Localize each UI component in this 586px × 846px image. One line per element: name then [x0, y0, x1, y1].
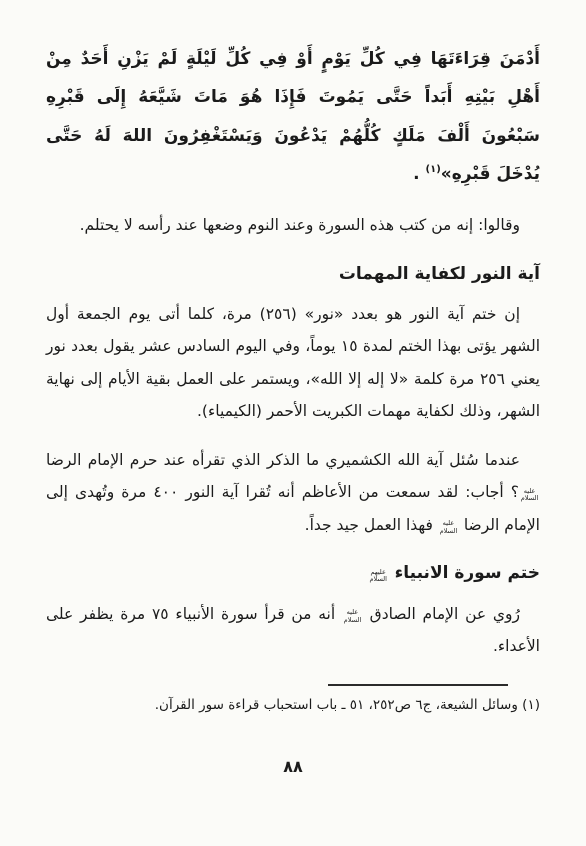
- alayhis-salam-seal: عليه السلام: [519, 488, 540, 503]
- quote-end-period: .: [413, 164, 425, 184]
- hadith-quote-text: أَدْمَنَ قِرَاءَتَهَا فِي كُلِّ يَوْمٍ أ…: [46, 49, 540, 184]
- kashmiri-text-1: عندما سُئل آية الله الكشميري ما الذكر ال…: [46, 451, 520, 469]
- heading-ayat-al-nur: آية النور لكفاية المهمات: [46, 264, 540, 284]
- page-content: أَدْمَنَ قِرَاءَتَهَا فِي كُلِّ يَوْمٍ أ…: [0, 0, 586, 663]
- footnote-area: (١) وسائل الشيعة، ج٦ ص٢٥٢، ٥١ ـ باب استح…: [46, 684, 540, 719]
- paragraph-ayat-al-nur: إن ختم آية النور هو بعدد «نور» (٢٥٦) مرة…: [46, 298, 540, 428]
- sadiq-text-1: رُوي عن الإمام الصادق: [363, 605, 520, 623]
- heading-khatm-surat-al-anbiya: ختم سورة الانبياء عليهم السلام: [46, 563, 540, 583]
- kashmiri-text-2: ؟ أجاب: لقد سمعت من الأعاظم أنه تُقرا آي…: [46, 483, 540, 534]
- page-number: ٨٨: [0, 757, 586, 776]
- footnote-reference-marker: (١): [426, 164, 441, 175]
- footnote-text: (١) وسائل الشيعة، ج٦ ص٢٥٢، ٥١ ـ باب استح…: [46, 693, 540, 719]
- alayhis-salam-seal: عليه السلام: [438, 520, 459, 535]
- alayhim-salam-seal: عليهم السلام: [368, 569, 389, 584]
- alayhis-salam-seal: عليه السلام: [342, 609, 363, 624]
- book-page: أَدْمَنَ قِرَاءَتَهَا فِي كُلِّ يَوْمٍ أ…: [0, 0, 586, 846]
- paragraph-kashmiri: عندما سُئل آية الله الكشميري ما الذكر ال…: [46, 444, 540, 542]
- kashmiri-text-3: فهذا العمل جيد جداً.: [305, 516, 438, 534]
- anbiya-heading-text: ختم سورة الانبياء: [389, 563, 540, 583]
- hadith-quote: أَدْمَنَ قِرَاءَتَهَا فِي كُلِّ يَوْمٍ أ…: [46, 40, 540, 193]
- paragraph-sadiq: رُوي عن الإمام الصادق عليه السلام أنه من…: [46, 598, 540, 663]
- paragraph-dream: وقالوا: إنه من كتب هذه السورة وعند النوم…: [46, 209, 540, 242]
- footnote-separator-rule: [328, 684, 508, 686]
